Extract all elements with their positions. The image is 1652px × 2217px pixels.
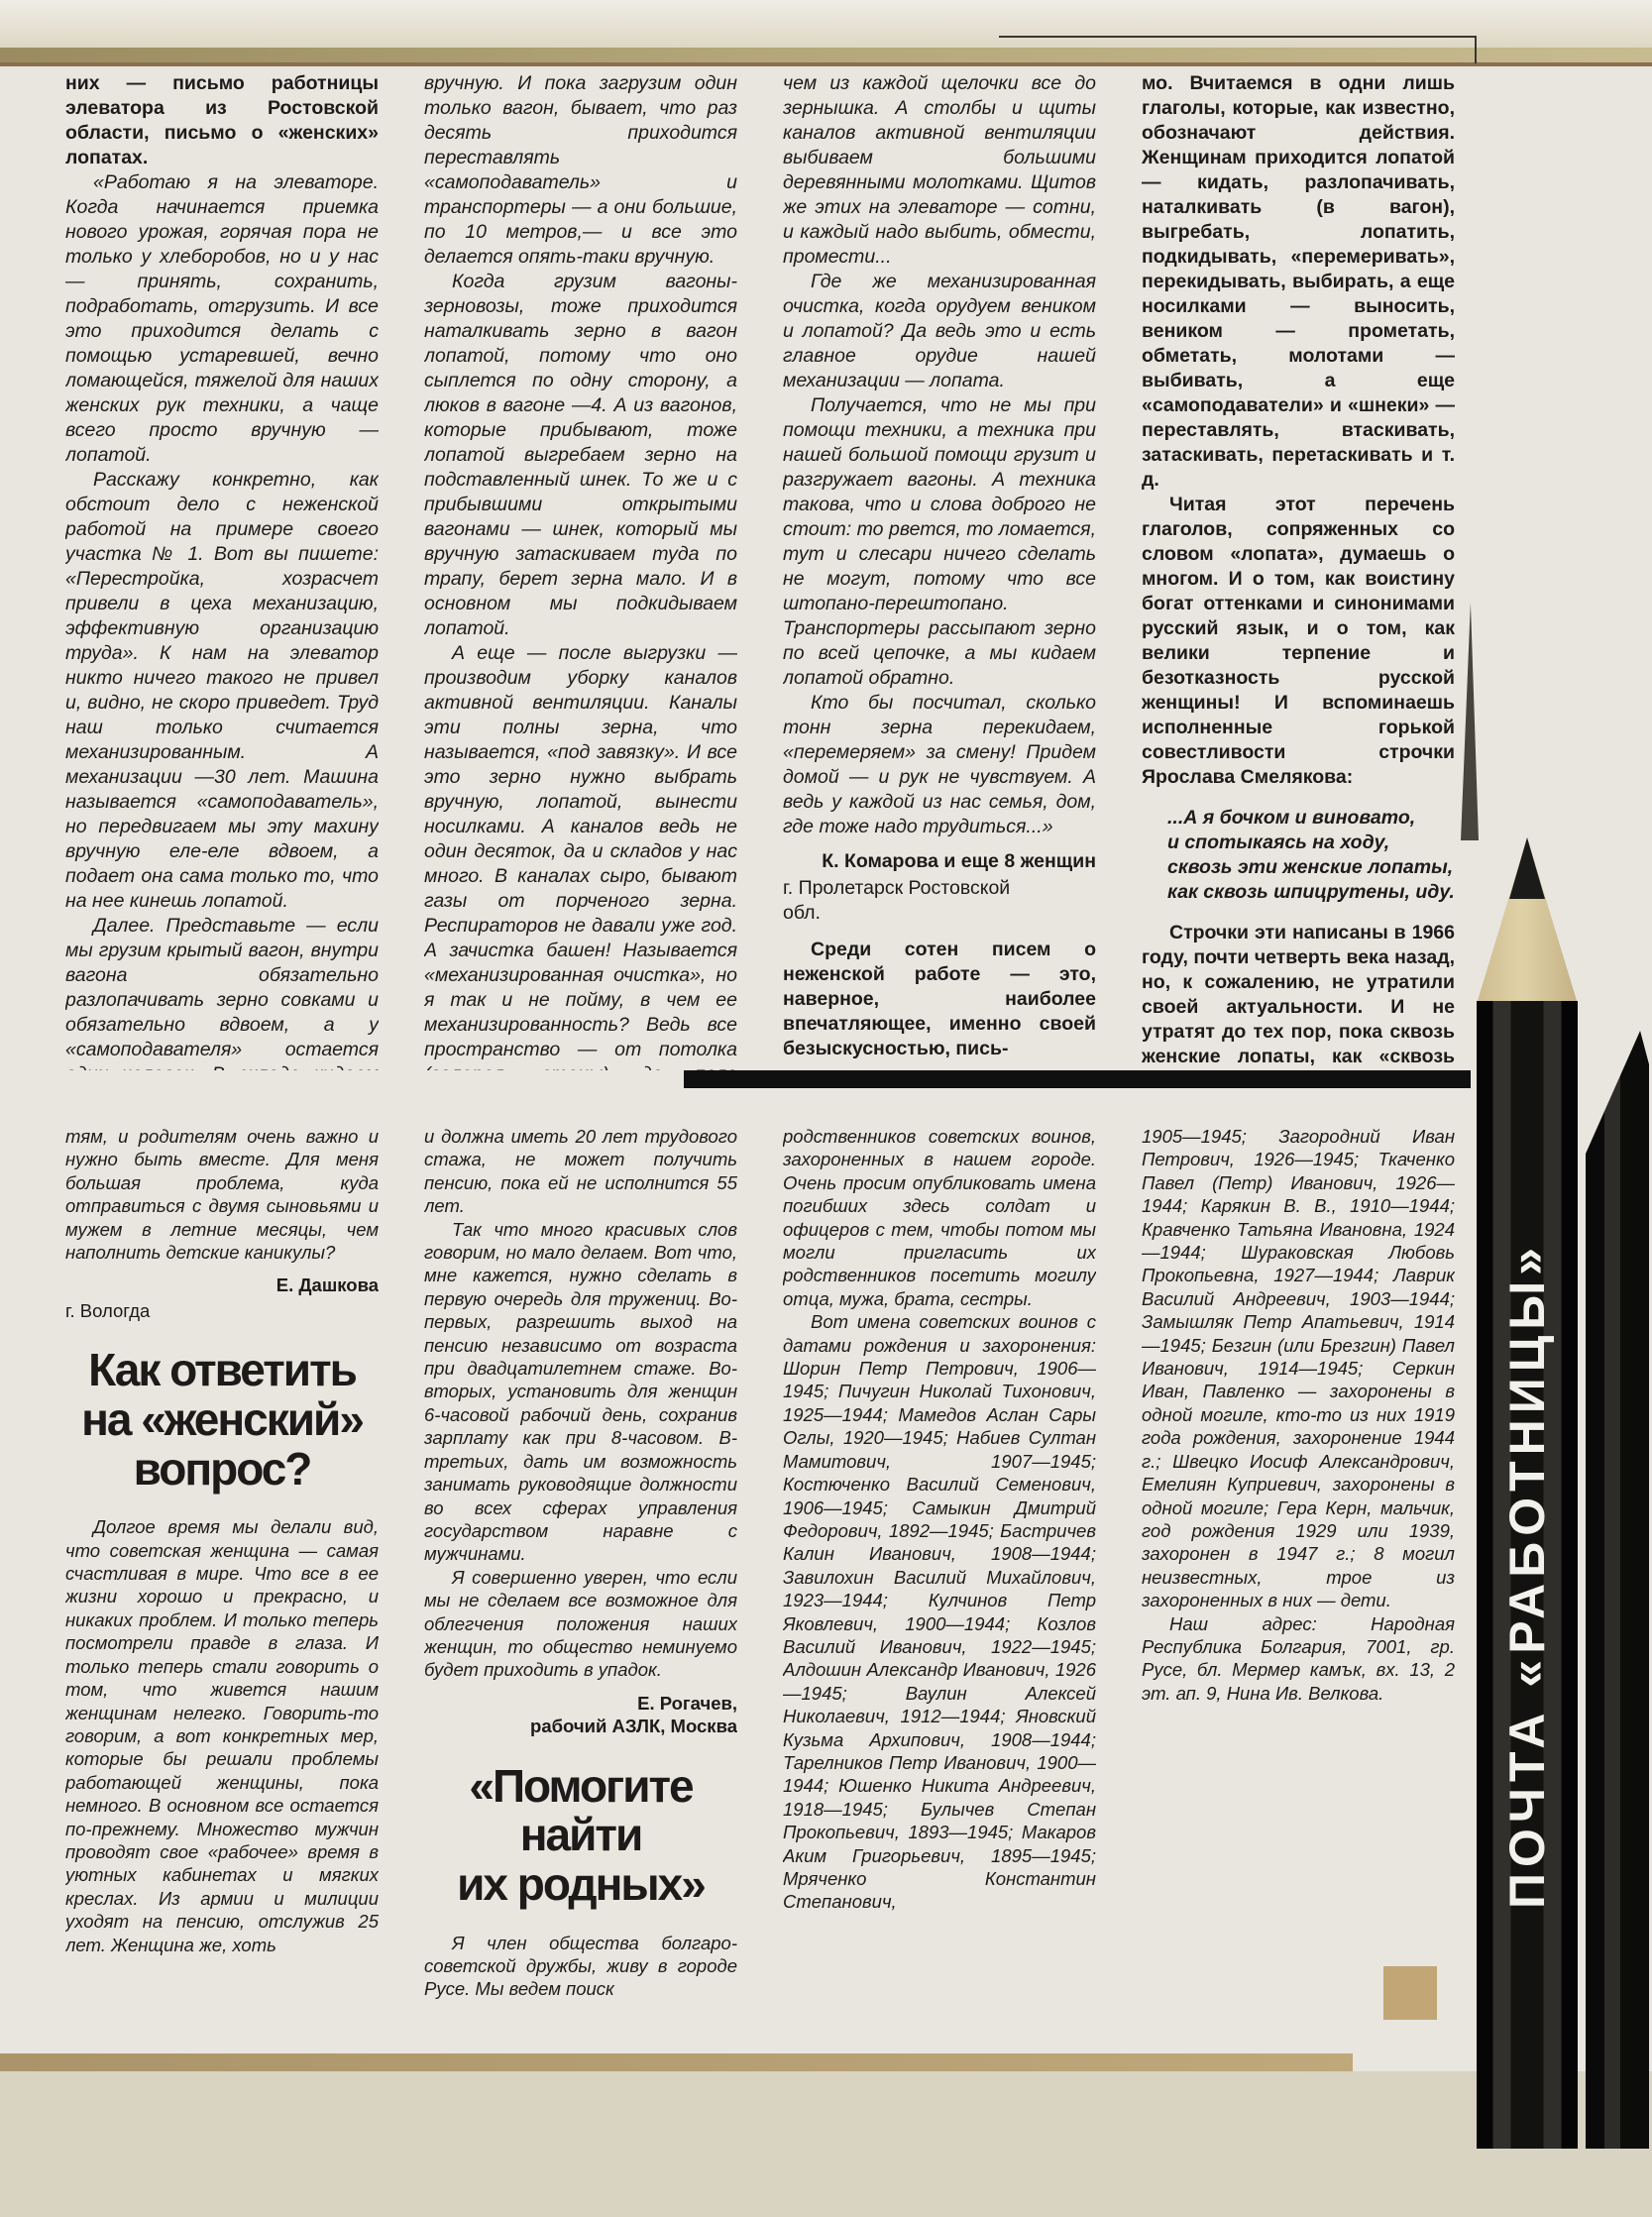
letter-paragraph: Получается, что не мы при помощи техники… bbox=[783, 393, 1096, 691]
letter-paragraph: родственников советских воинов, захороне… bbox=[783, 1125, 1096, 1310]
top-article-column-1: них — письмо работницы элеватора из Рост… bbox=[65, 71, 379, 1070]
pencil-body: ПОЧТА «РАБОТНИЦЫ» bbox=[1477, 1001, 1578, 2149]
letter-paragraph: Где же механизированная очистка, когда о… bbox=[783, 270, 1096, 393]
pencil-icon bbox=[1586, 1031, 1649, 2149]
page-bottom-stripe bbox=[0, 2053, 1353, 2071]
editorial-paragraph: Читая этот перечень глаголов, сопряженны… bbox=[1142, 493, 1455, 790]
signature: Е. Рогачев, рабочий АЗЛК, Москва bbox=[424, 1692, 737, 1738]
signature: К. Комарова и еще 8 женщин bbox=[783, 849, 1096, 874]
letter-paragraph: чем из каждой щелочки все до зернышка. А… bbox=[783, 71, 1096, 270]
accent-square bbox=[1383, 1966, 1437, 2020]
article-headline: Как ответить на «женский» вопрос? bbox=[65, 1346, 379, 1494]
page-bottom-margin bbox=[0, 2071, 1652, 2217]
corner-rule bbox=[1475, 36, 1477, 63]
poem-quote: ...А я бочком и виновато, и спотыкаясь н… bbox=[1167, 806, 1455, 905]
editorial-paragraph: Строчки эти написаны в 1966 году, почти … bbox=[1142, 921, 1455, 1070]
bottom-section-column-1: тям, и родителям очень важно и нужно быт… bbox=[65, 1125, 379, 2052]
pencil-icon: ПОЧТА «РАБОТНИЦЫ» bbox=[1477, 837, 1578, 2149]
rubric-banner-title: ПОЧТА «РАБОТНИЦЫ» bbox=[1498, 1242, 1556, 1909]
bottom-section-column-4: 1905—1945; Загородний Иван Петрович, 192… bbox=[1142, 1125, 1455, 2052]
byline-location: г. Пролетарск Ростовской обл. bbox=[783, 876, 1096, 926]
letter-paragraph: Вот имена советских воинов с датами рожд… bbox=[783, 1310, 1096, 1914]
letter-paragraph: 1905—1945; Загородний Иван Петрович, 192… bbox=[1142, 1125, 1455, 1612]
letter-paragraph: Далее. Представьте — если мы грузим крыт… bbox=[65, 914, 379, 1070]
signature: Е. Дашкова bbox=[65, 1274, 379, 1296]
letter-paragraph: Я член общества болгаро-советской дружбы… bbox=[424, 1932, 737, 2001]
letter-paragraph: вручную. И пока загрузим один только ваг… bbox=[424, 71, 737, 270]
letter-paragraph: Так что много красивых слов говорим, но … bbox=[424, 1218, 737, 1566]
top-article-column-3: чем из каждой щелочки все до зернышка. А… bbox=[783, 71, 1096, 1070]
page-top-margin bbox=[0, 0, 1652, 48]
top-article-column-2: вручную. И пока загрузим один только ваг… bbox=[424, 71, 737, 1070]
letter-paragraph: Кто бы посчитал, сколько тонн зерна пере… bbox=[783, 691, 1096, 839]
letter-paragraph: А еще — после выгрузки — производим убор… bbox=[424, 641, 737, 1070]
letter-paragraph: Наш адрес: Народная Республика Болгария,… bbox=[1142, 1612, 1455, 1706]
bottom-section-column-2: и должна иметь 20 лет трудового стажа, н… bbox=[424, 1125, 737, 2052]
top-article-column-4: мо. Вчитаемся в одни лишь глаголы, котор… bbox=[1142, 71, 1455, 1070]
letter-paragraph: тям, и родителям очень важно и нужно быт… bbox=[65, 1125, 379, 1264]
pencil-tip-lead bbox=[1509, 837, 1545, 899]
letter-paragraph: Когда грузим вагоны-зерновозы, тоже прих… bbox=[424, 270, 737, 641]
letter-paragraph: Я совершенно уверен, что если мы не сдел… bbox=[424, 1566, 737, 1682]
editorial-paragraph: мо. Вчитаемся в одни лишь глаголы, котор… bbox=[1142, 71, 1455, 493]
letter-paragraph: Долгое время мы делали вид, что советска… bbox=[65, 1515, 379, 1956]
editorial-paragraph: Среди сотен писем о неженской работе — э… bbox=[783, 938, 1096, 1061]
corner-rule bbox=[999, 36, 1477, 38]
letter-paragraph: и должна иметь 20 лет трудового стажа, н… bbox=[424, 1125, 737, 1218]
article-headline: «Помогите найти их родных» bbox=[424, 1762, 737, 1910]
pencil-icon bbox=[1461, 603, 1479, 840]
byline-location: г. Вологда bbox=[65, 1299, 379, 1322]
bottom-section-column-3: родственников советских воинов, захороне… bbox=[783, 1125, 1096, 2052]
letter-paragraph: «Работаю я на элеваторе. Когда начинаетс… bbox=[65, 170, 379, 468]
section-divider-bar bbox=[684, 1070, 1471, 1088]
page-top-band bbox=[0, 48, 1652, 66]
editorial-paragraph: них — письмо работницы элеватора из Рост… bbox=[65, 71, 379, 170]
letter-paragraph: Расскажу конкретно, как обстоит дело с н… bbox=[65, 468, 379, 914]
